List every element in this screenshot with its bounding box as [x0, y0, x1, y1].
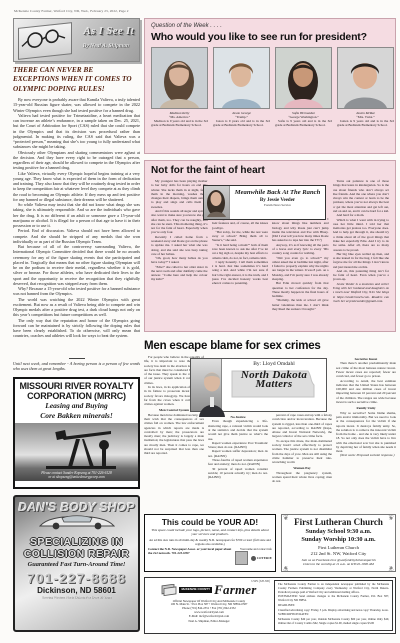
subhead: Family Unity	[336, 406, 396, 410]
masthead-county-tag: McKENZIE COUNTY	[179, 587, 212, 592]
omdahl-byline-box: By: Lloyd Omdahl North Dakota Matters	[190, 358, 327, 412]
newspaper-icon	[161, 584, 177, 596]
article-paragraph: So while Valieva may insist that she did…	[13, 202, 140, 228]
left-column: As I See It By Neal A. Shipman THERE CAN…	[13, 18, 140, 632]
ranch-byline-text: Meanwhile Back At The Ranch By Jessie Ve…	[230, 186, 325, 219]
article-paragraph: Period. End of discussion. Valieva shoul…	[13, 228, 140, 244]
article-paragraph: Why? Because a 15-year-old who tested po…	[13, 286, 140, 297]
notepad-icon	[18, 22, 72, 60]
article-paragraph: Valieva had tested positive for Trimetaz…	[13, 113, 140, 150]
dans-tagline: Guaranteed Fast Turn-Around Time!	[15, 561, 138, 568]
right-column: Question of the Week . . . . Who would y…	[144, 18, 396, 634]
glasses-icon	[19, 23, 71, 58]
masthead-box: USPS (328-300) McKENZIE COUNTY Farmer Of…	[144, 577, 396, 634]
your-ad-footer: Contact the N.D. Newspaper Assoc. or you…	[148, 547, 272, 565]
masthead-farmer-title: Farmer	[214, 582, 256, 598]
qow-headline: Who would you like to see run for presid…	[151, 31, 389, 43]
placeholder-photo	[235, 551, 248, 565]
dans-body-shop-ad: DAN'S BODY SHOP SPECIALIZING IN COLLISIO…	[13, 495, 140, 632]
article-paragraph: By now everyone is probably aware that K…	[13, 97, 140, 113]
church-ad: ❦ ❦ ❦ ❦ First Lutheran Church Sunday Sch…	[281, 514, 396, 572]
page-header-meta: McKenzie County Farmer, Watford City, ND…	[14, 9, 129, 13]
nd-matters-logo: By: Lloyd Omdahl North Dakota Matters	[222, 359, 326, 411]
student-caption: Jaxten McRee “Mrs. Twist.” Jaxten is 9 y…	[337, 111, 394, 127]
qow-kicker: Question of the Week . . . .	[151, 23, 389, 29]
newspaper-page: McKenzie County Farmer, Watford City, ND…	[0, 0, 400, 643]
subhead: Women Pay	[272, 466, 332, 470]
student-profile: Jaxten McRee “Mrs. Twist.” Jaxten is 9 y…	[337, 47, 394, 127]
question-of-week-box: Question of the Week . . . . Who would y…	[144, 18, 396, 154]
dans-line2: COLLISION REPAIR	[15, 548, 138, 560]
student-profile: Jaxon George “Trump.” Jaxon is 9 years o…	[213, 47, 270, 127]
student-profile: Sofia Hernandez “George Washington.” Sof…	[275, 47, 332, 127]
mrrc-title-line2: CORPORATION (MRRC)	[15, 391, 138, 401]
mrrc-slogan-line1: Leasing and Buying	[15, 402, 138, 411]
lloyd-omdahl-photo	[191, 359, 222, 411]
omdahl-column-4: Secretive Incest Then there’s another pr…	[336, 355, 396, 509]
masthead-logo-block: USPS (328-300) McKENZIE COUNTY Farmer Of…	[147, 580, 271, 631]
article-paragraph: The world was watching the 2022 Winter O…	[13, 297, 140, 318]
student-photo	[213, 47, 270, 109]
qow-profiles: Madison Kelly “Ms. America.” Madison is …	[151, 47, 389, 127]
omdahl-headline: Men escape blame for sex crimes	[144, 340, 396, 352]
dans-city: Dickinson, ND 58601	[15, 586, 138, 595]
mrrc-contact: Please contact Sander Kopseng at 701-226…	[15, 471, 138, 480]
ad-network-logo: COTERIE	[251, 556, 272, 561]
dans-footer: Serving Western North Dakota For Over 30…	[15, 595, 138, 599]
woman-portrait-icon	[204, 186, 229, 217]
floral-corner-icon: ❦	[388, 564, 394, 571]
article-paragraph: Like Valieva, virtually every Olympic ho…	[13, 171, 140, 203]
floral-corner-icon: ❦	[388, 515, 394, 522]
olympic-headline: THERE CAN NEVER BE EXCEPTIONS WHEN IT CO…	[13, 66, 140, 94]
article-paragraph: Obviously other Olympians and skating co…	[13, 150, 140, 171]
pumpjack-photo: Please contact Sander Kopseng at 701-226…	[15, 423, 138, 481]
bottom-ads-row: This could be YOUR AD! This space could …	[144, 514, 396, 572]
as-i-see-it-logo: As I See It By Neal A. Shipman	[13, 18, 140, 62]
student-photo	[151, 47, 208, 109]
student-photo	[337, 47, 394, 109]
ranch-column-1: My youngest has been playing mother to h…	[151, 179, 208, 327]
logo-byline: By Neal A. Shipman	[83, 43, 129, 49]
article-paragraph: The only way that the reputation and hon…	[13, 318, 140, 339]
omdahl-article: By: Lloyd Omdahl North Dakota Matters Fo…	[144, 355, 396, 509]
logo-dot-icon	[251, 556, 256, 561]
dans-name: DAN'S BODY SHOP	[15, 500, 138, 514]
dans-phone: 701-227-8688	[15, 570, 138, 586]
masthead-legal-block: The McKenzie County Farmer is an indepen…	[274, 580, 393, 631]
car-icon	[32, 514, 122, 531]
column-sign-off: Until next week, and remember - A boring…	[13, 361, 140, 372]
mrrc-slogan-line2: Core Bakken minerals!	[15, 412, 138, 421]
placeholder-contact: Your name and contact info COTERIE	[232, 547, 272, 565]
nd-newspaper-phone: 701-223-6397	[172, 551, 190, 555]
student-photo	[275, 47, 332, 109]
dans-line1: SPECIALIZING IN	[15, 536, 138, 548]
olympic-article-body: By now everyone is probably aware that K…	[13, 97, 140, 355]
your-ad-here-box: This could be YOUR AD! This space could …	[144, 514, 276, 572]
ranch-column-4: Turns out patience is one of those thing…	[333, 179, 390, 327]
ranch-column-box: Not for the faint of heart Meanwhile Bac…	[144, 160, 396, 332]
student-caption: Sofia Hernandez “George Washington.” Sof…	[275, 111, 332, 127]
floral-corner-icon: ❦	[283, 564, 289, 571]
floral-corner-icon: ❦	[283, 515, 289, 522]
jessie-veeder-photo	[204, 186, 230, 219]
article-paragraph: But because of all of the controversy su…	[13, 244, 140, 286]
divider	[69, 358, 85, 359]
ranch-headline: Not for the faint of heart	[151, 165, 389, 176]
logo-title: As I See It	[83, 25, 134, 37]
student-profile: Madison Kelly “Ms. America.” Madison is …	[151, 47, 208, 127]
mrrc-ad: MISSOURI RIVER ROYALTY CORPORATION (MRRC…	[13, 377, 140, 489]
student-caption: Madison Kelly “Ms. America.” Madison is …	[151, 111, 208, 127]
ranch-byline-box: Meanwhile Back At The Ranch By Jessie Ve…	[203, 185, 326, 220]
student-caption: Jaxon George “Trump.” Jaxon is 9 years o…	[213, 111, 270, 127]
mrrc-title-line1: MISSOURI RIVER ROYALTY	[15, 381, 138, 391]
subhead: Secretive Incest	[336, 357, 396, 361]
